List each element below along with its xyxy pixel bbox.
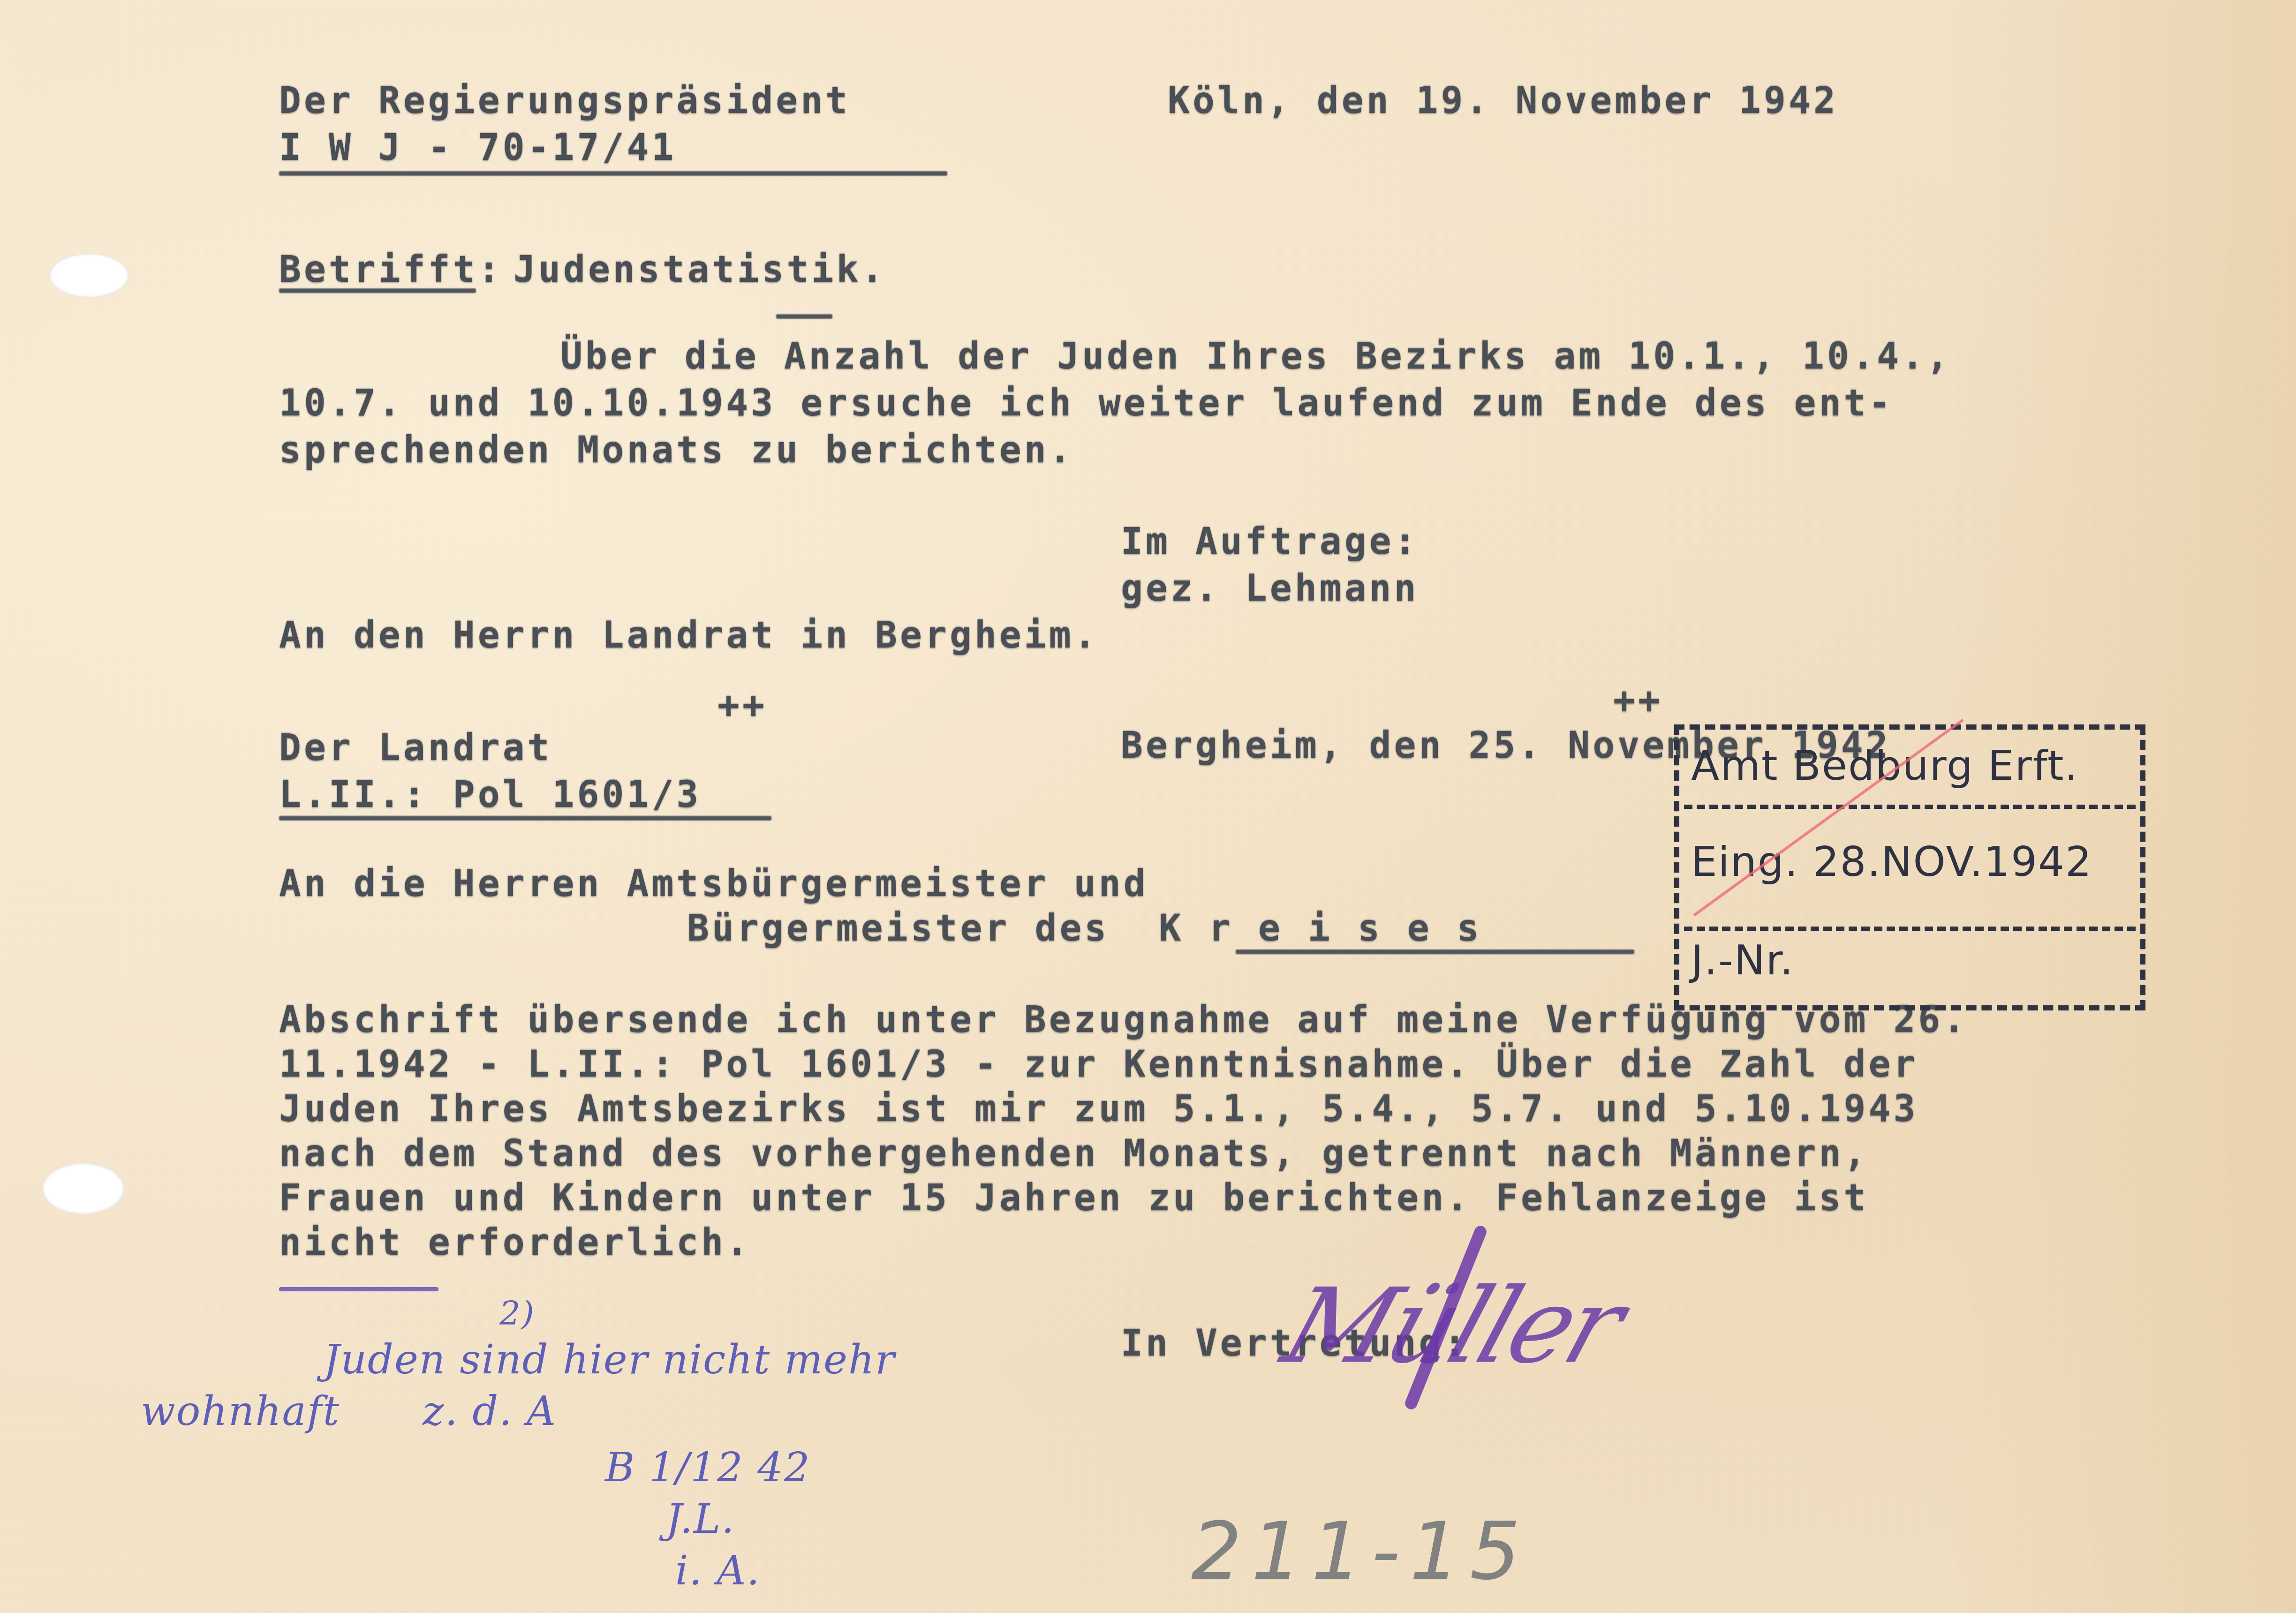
handwritten-note-line5: i. A. [675, 1547, 761, 1594]
sender-title: Der Regierungspräsident [279, 77, 850, 124]
stamp-received-date: Eing. 28.NOV.1942 [1691, 837, 2092, 886]
subject-label: Betrifft: [279, 246, 503, 293]
handwritten-note-line4: J.L. [666, 1496, 735, 1543]
stamp-journal-number: J.-Nr. [1691, 936, 1794, 984]
section2-body-line4: nach dem Stand des vorhergehenden Monats… [279, 1130, 1868, 1177]
section2-sender: Der Landrat [279, 724, 552, 771]
section2-recipient-line1: An die Herren Amtsbürgermeister und [279, 860, 1148, 907]
handwritten-note-line1: Juden sind hier nicht mehr [324, 1336, 895, 1383]
section2-body-line3: Juden Ihres Amtsbezirks ist mir zum 5.1.… [279, 1085, 1918, 1132]
handwritten-note-number: 2) [499, 1294, 535, 1333]
stamp-divider-1 [1684, 805, 2136, 809]
recipient1: An den Herrn Landrat in Bergheim. [279, 612, 1099, 659]
handwritten-underline [279, 1287, 438, 1291]
body1-line3: sprechenden Monats zu berichten. [279, 427, 1074, 474]
handwritten-note-line3: B 1/12 42 [605, 1444, 810, 1491]
subject-dash [776, 314, 832, 319]
punch-hole-bottom [42, 1163, 124, 1214]
section2-body-line2: 11.1942 - L.II.: Pol 1601/3 - zur Kenntn… [279, 1041, 1918, 1088]
closing1-line1: Im Auftrage: [1121, 518, 1419, 565]
kreises-underline [1236, 950, 1634, 954]
signature: Müller [1270, 1266, 1635, 1386]
section2-reference-underline [279, 816, 771, 821]
stamp-divider-2 [1684, 927, 2136, 931]
document-page: Der Regierungspräsident I W J - 70-17/41… [0, 0, 2296, 1613]
section2-reference: L.II.: Pol 1601/3 [279, 771, 701, 818]
place-date: Köln, den 19. November 1942 [1168, 77, 1838, 124]
body1-line1: Über die Anzahl der Juden Ihres Bezirks … [560, 333, 1951, 380]
subject-label-underline [279, 288, 476, 293]
handwritten-note-line2: wohnhaft z. d. A [141, 1388, 557, 1435]
closing1-line2: gez. Lehmann [1121, 565, 1419, 612]
received-stamp: Amt Bedburg Erft. Eing. 28.NOV.1942 J.-N… [1674, 724, 2145, 1010]
stamp-office: Amt Bedburg Erft. [1691, 741, 2079, 790]
separator-mark-left: ++ [717, 682, 767, 729]
subject-value: Judenstatistik. [514, 246, 886, 293]
section2-body-line6: nicht erforderlich. [279, 1219, 751, 1266]
separator-mark-right: ++ [1613, 678, 1663, 724]
punch-hole-top [49, 253, 129, 298]
reference-underline [279, 171, 947, 176]
body1-line2: 10.7. und 10.10.1943 ersuche ich weiter … [279, 380, 1893, 427]
section2-body-line5: Frauen und Kindern unter 15 Jahren zu be… [279, 1175, 1868, 1221]
section2-recipient-line2: Bürgermeister des K r e i s e s [687, 905, 1482, 952]
pencil-archive-number: 211-15 [1191, 1505, 1530, 1598]
reference-number: I W J - 70-17/41 [279, 124, 676, 171]
